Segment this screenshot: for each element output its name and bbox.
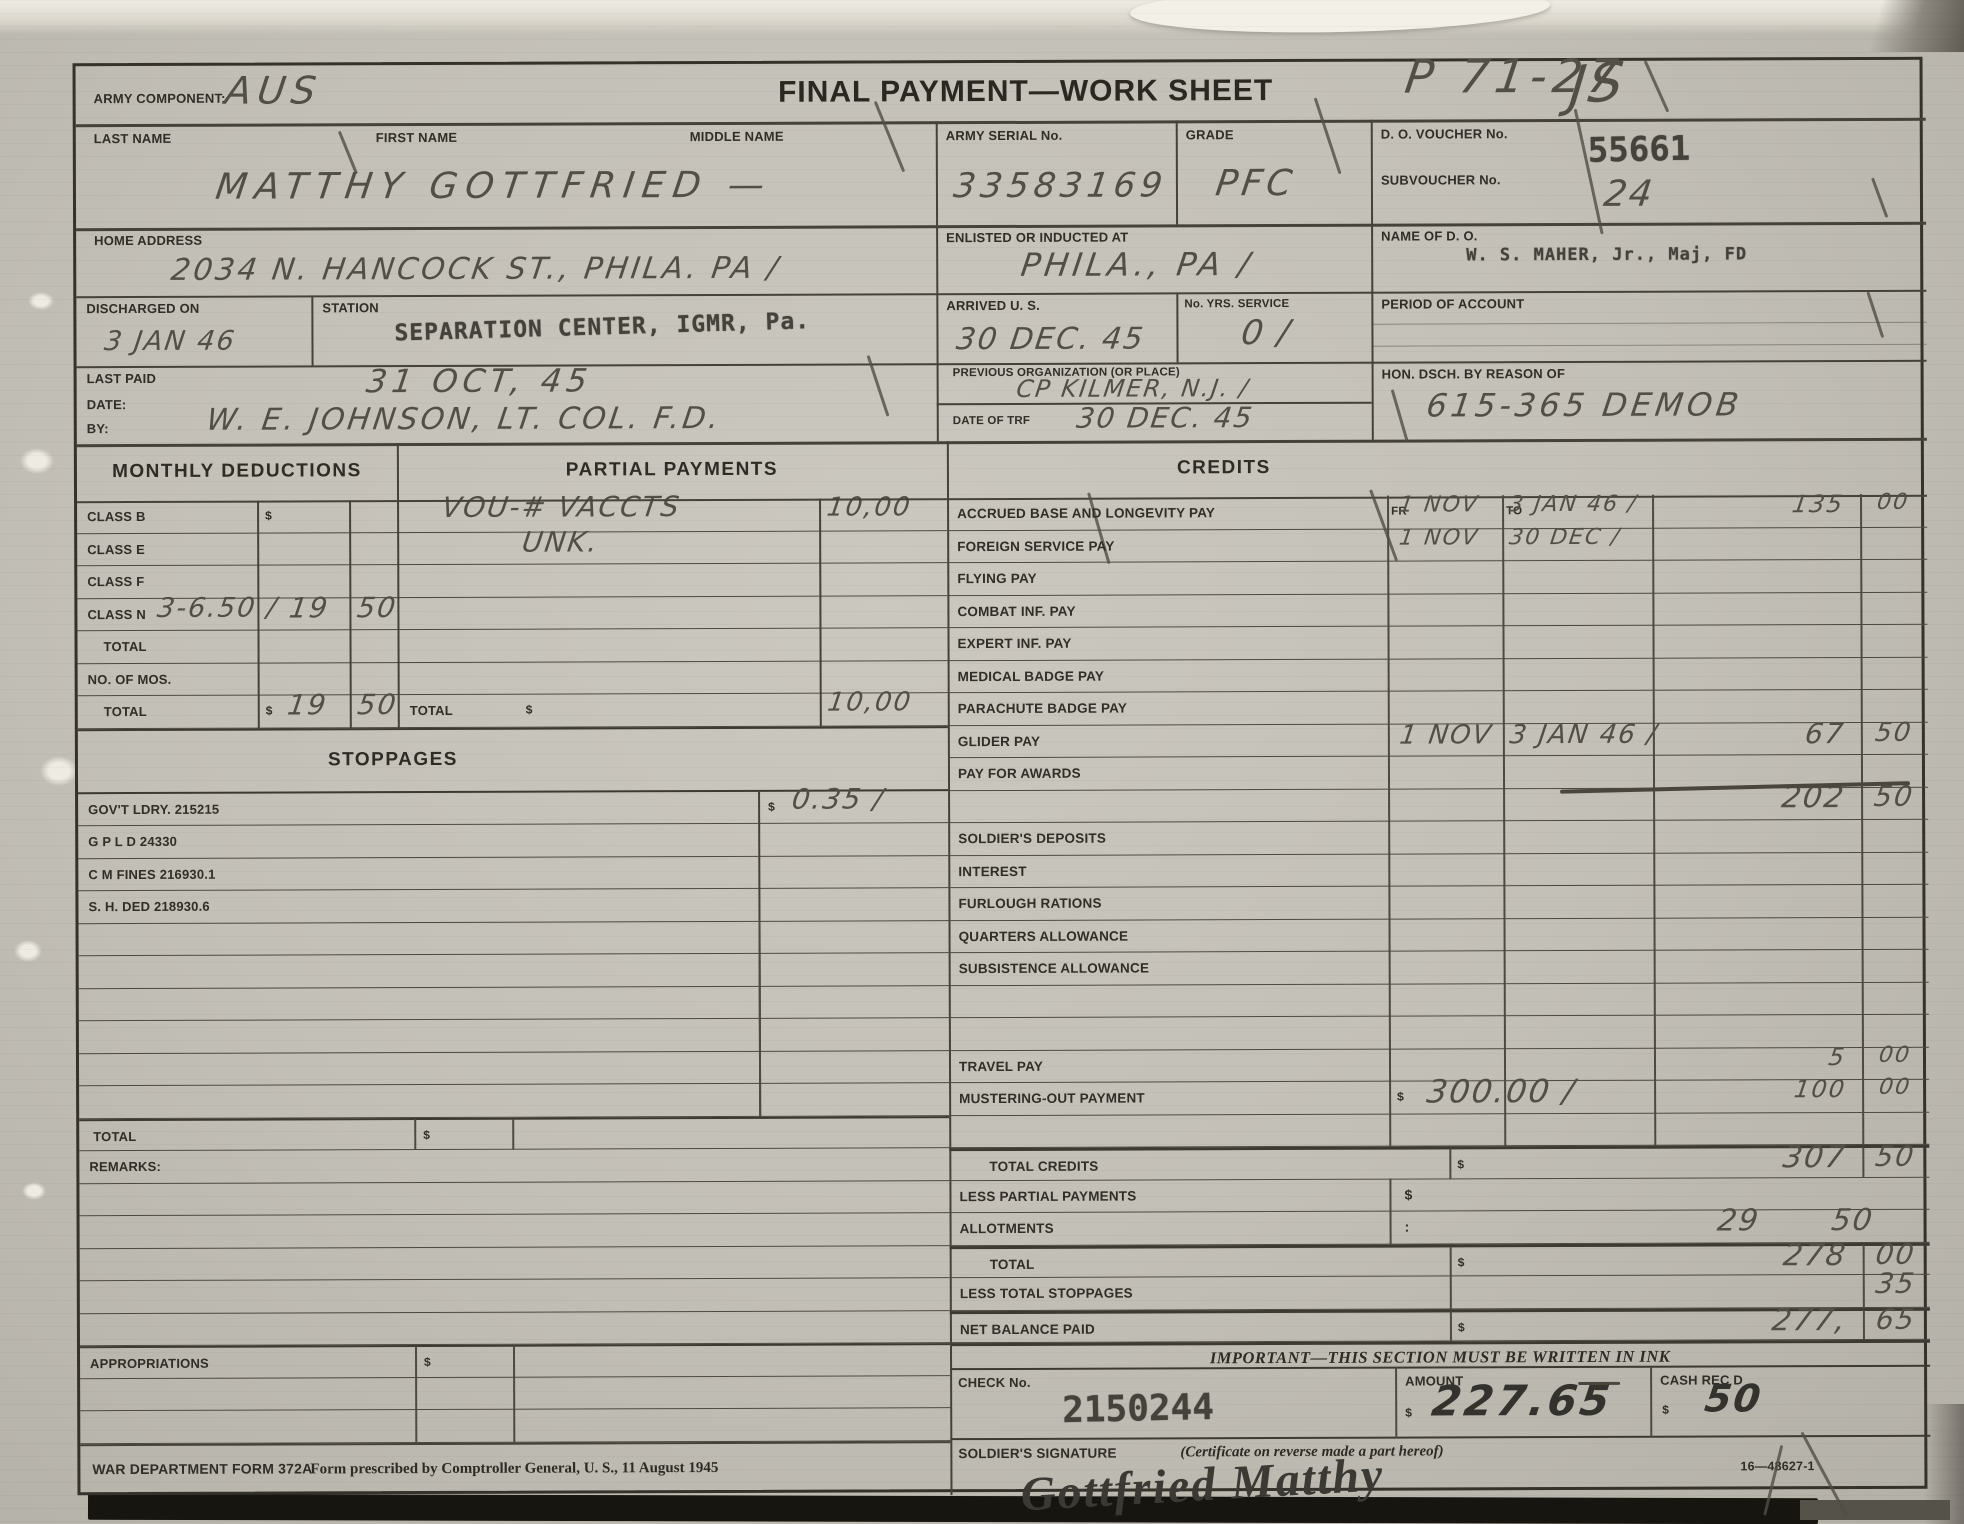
last-name-label: LAST NAME <box>94 132 172 147</box>
deduction-row: CLASS N 3-6.50 / 19 50 <box>77 596 947 632</box>
cell-divider <box>1450 1311 1452 1342</box>
ruled-line <box>1374 344 1927 347</box>
blank-ruled-row <box>79 953 949 989</box>
enlisted-at-label: ENLISTED OR INDUCTED AT <box>946 231 1128 246</box>
check-mark <box>1574 109 1604 235</box>
cell-divider <box>1862 1111 1864 1145</box>
credit-row: SOLDIER'S DEPOSITS <box>948 820 1928 856</box>
rule <box>1176 292 1178 362</box>
cell-divider <box>1389 983 1391 1017</box>
serial-label: ARMY SERIAL No. <box>946 129 1063 144</box>
credit-to-date: 3 JAN 46 / <box>1508 494 1639 516</box>
stoppage-amount: 0.35 / <box>790 785 887 813</box>
scan-bottom-bar <box>1800 1500 1950 1520</box>
dollar-sign: $ <box>424 1356 431 1369</box>
cell-divider <box>1450 1246 1452 1277</box>
dollar-sign: $ <box>265 510 272 523</box>
dollar-sign: $ <box>1397 1091 1404 1104</box>
dollar-sign: $ <box>423 1128 430 1141</box>
dollar-sign: $ <box>768 800 775 813</box>
check-mark <box>1866 291 1884 338</box>
rule <box>936 225 939 441</box>
cell-divider <box>1387 561 1389 595</box>
credit-row-label: TRAVEL PAY <box>959 1059 1043 1074</box>
cash-recd-value: 50 <box>1703 1379 1765 1417</box>
credit-from-date: 1 NOV <box>1398 722 1494 748</box>
credit-row-label: TOTAL CREDITS <box>989 1160 1098 1175</box>
cell-divider <box>513 1409 515 1443</box>
deduction-dollars: 19 <box>287 594 330 622</box>
cell-divider <box>1504 1113 1506 1147</box>
credit-dollars: 29 <box>1716 1206 1762 1236</box>
hon-disch-label: HON. DSCH. BY REASON OF <box>1382 367 1566 382</box>
final-payment-worksheet-form: ARMY COMPONENT: AUS FINAL PAYMENT—WORK S… <box>73 57 1928 1495</box>
cell-divider <box>1653 852 1655 886</box>
rule <box>77 438 1927 447</box>
stoppage-label: S. H. DED 218930.6 <box>88 900 209 915</box>
credit-row-label: TOTAL <box>990 1257 1035 1272</box>
rule <box>1371 120 1374 440</box>
amount-value: 227.65 <box>1429 1380 1615 1423</box>
last-paid-label: LAST PAID <box>87 372 157 387</box>
cell-divider <box>1653 917 1655 951</box>
examiner-initials: JS <box>1567 54 1628 114</box>
paper-stain <box>22 1182 46 1200</box>
prev-org-value: CP KILMER, N.J. / <box>1015 376 1251 401</box>
credit-row-label: FURLOUGH RATIONS <box>958 897 1101 912</box>
arrived-us-label: ARRIVED U. S. <box>946 299 1040 314</box>
paper-tear-edge <box>0 0 1964 34</box>
cell-divider <box>415 1377 417 1411</box>
cell-divider <box>1504 950 1506 984</box>
blank-ruled-row <box>79 1181 949 1217</box>
credit-cents: 50 <box>1862 719 1926 745</box>
cell-divider <box>1861 884 1863 918</box>
credit-row-label: PARACHUTE BADGE PAY <box>958 702 1127 717</box>
blank-ruled-row <box>79 1051 949 1087</box>
cell-divider <box>1502 593 1504 627</box>
credit-row-label: FOREIGN SERVICE PAY <box>957 539 1114 554</box>
credit-dollars: 278 <box>1653 1241 1857 1272</box>
partial-payment-entry: VOU-# VACCTS <box>440 493 682 522</box>
last-paid-by-value: W. E. JOHNSON, LT. COL. F.D. <box>205 404 723 436</box>
cell-divider <box>1387 496 1389 530</box>
cell-divider <box>1860 559 1862 593</box>
cell-divider <box>1502 560 1504 594</box>
dollar-sign: $ <box>266 705 273 718</box>
cell-divider <box>1388 691 1390 725</box>
check-mark <box>1391 389 1409 442</box>
cell-divider <box>1862 1014 1864 1048</box>
deduction-label: CLASS F <box>87 575 144 589</box>
remarks-label: REMARKS: <box>89 1160 161 1175</box>
footer-form-number: WAR DEPARTMENT FORM 372A <box>92 1461 312 1477</box>
credit-row: MUSTERING-OUT PAYMENT$300.00 /10000 <box>949 1080 1929 1116</box>
blank-ruled-row <box>80 1213 950 1249</box>
ink-banner: IMPORTANT—THIS SECTION MUST BE WRITTEN I… <box>950 1340 1930 1370</box>
stoppage-row: G P L D 24330 <box>78 823 948 859</box>
credit-row <box>949 982 1929 1018</box>
serial-value: 33583169 <box>952 168 1170 203</box>
credit-row: FLYING PAY <box>947 560 1927 596</box>
last-paid-date-label: DATE: <box>87 398 127 412</box>
cell-divider <box>1652 560 1654 594</box>
cell-divider <box>1861 916 1863 950</box>
name-value: MATTHY GOTTFRIED — <box>213 168 774 206</box>
credit-row-label: MUSTERING-OUT PAYMENT <box>959 1091 1145 1106</box>
blank-ruled-row <box>80 1408 950 1444</box>
cell-divider <box>1862 981 1864 1015</box>
arrived-us-value: 30 DEC. 45 <box>954 324 1146 355</box>
cell-divider <box>759 985 761 1019</box>
cell-divider <box>1860 591 1862 625</box>
stoppage-row: S. H. DED 218930.6 <box>78 888 948 924</box>
cell-divider <box>759 920 761 954</box>
credit-cents: 35 <box>1864 1270 1928 1298</box>
cell-divider <box>1503 723 1505 757</box>
cell-divider <box>1503 853 1505 887</box>
credit-row-label: ALLOTMENTS <box>960 1222 1054 1237</box>
cell-divider <box>1654 1015 1656 1049</box>
credit-row: FURLOUGH RATIONS <box>948 885 1928 921</box>
cell-divider <box>1652 625 1654 659</box>
grade-value: PFC <box>1213 166 1297 202</box>
credit-cents: 00 <box>1864 1077 1927 1099</box>
appropriations-row: APPROPRIATIONS $ <box>80 1343 950 1379</box>
credit-cents: 00 <box>1863 1044 1926 1066</box>
credit-row: LESS PARTIAL PAYMENTS$ <box>949 1177 1929 1213</box>
cell-divider <box>512 1118 514 1150</box>
deduction-total-cents: 50 <box>356 691 399 719</box>
discharged-on-label: DISCHARGED ON <box>86 302 199 317</box>
credit-row-label: SUBSISTENCE ALLOWANCE <box>959 961 1150 977</box>
credit-dollars: 307 <box>1652 1143 1856 1174</box>
credit-row-label: QUARTERS ALLOWANCE <box>959 929 1129 944</box>
deduction-label: CLASS N <box>87 607 146 622</box>
cell-divider <box>1387 528 1389 562</box>
cell-divider <box>1653 690 1655 724</box>
credit-cents: 00 <box>1862 492 1925 514</box>
last-paid-by-label: BY: <box>87 422 109 436</box>
army-component-label: ARMY COMPONENT: <box>94 92 226 107</box>
credit-row-label: NET BALANCE PAID <box>960 1322 1095 1337</box>
scanned-document: ARMY COMPONENT: AUS FINAL PAYMENT—WORK S… <box>0 0 1964 1524</box>
credit-row: GLIDER PAY1 NOV3 JAN 46 /6750 <box>948 722 1928 758</box>
army-component-value: AUS <box>223 71 324 109</box>
paper-stain <box>28 292 54 310</box>
check-mark <box>1314 97 1342 174</box>
deduction-row: CLASS B $ VOU-# VACCTS 10,00 <box>77 498 947 534</box>
credit-row: 20250 <box>948 787 1928 823</box>
credit-dollars: 67 <box>1651 720 1855 749</box>
cell-divider <box>759 1018 761 1052</box>
stoppage-label: GOV'T LDRY. 215215 <box>88 802 219 817</box>
voucher-label: D. O. VOUCHER No. <box>1381 127 1508 142</box>
cell-divider <box>1652 592 1654 626</box>
credit-row-label: PAY FOR AWARDS <box>958 767 1081 782</box>
cell-divider <box>1861 656 1863 690</box>
dollar-sign: $ <box>1405 1407 1412 1420</box>
cell-divider <box>1861 851 1863 885</box>
credit-row: SUBSISTENCE ALLOWANCE <box>949 950 1929 986</box>
credit-row: FOREIGN SERVICE PAY1 NOV30 DEC / <box>947 527 1927 563</box>
cell-divider <box>1389 1178 1391 1212</box>
deduction-row: CLASS E UNK. <box>77 531 947 567</box>
cell-divider <box>1654 1112 1656 1146</box>
credit-dollars: 5 <box>1652 1045 1855 1070</box>
cell-divider <box>1504 1015 1506 1049</box>
cell-divider <box>1389 1048 1391 1082</box>
credit-dollars: 100 <box>1652 1077 1855 1102</box>
first-name-label: FIRST NAME <box>376 131 458 146</box>
stoppage-row: C M FINES 216930.1 <box>78 856 948 892</box>
do-name-label: NAME OF D. O. <box>1381 229 1478 244</box>
date-of-trf-value: 30 DEC. 45 <box>1075 404 1256 433</box>
credit-from-date: 1 NOV <box>1398 527 1481 549</box>
middle-name-label: MIDDLE NAME <box>690 130 784 145</box>
cell-divider <box>414 1119 416 1151</box>
dollar-sign: $ <box>1458 1256 1465 1269</box>
cell-divider <box>1861 689 1863 723</box>
credit-row-label: ACCRUED BASE AND LONGEVITY PAY <box>957 506 1215 522</box>
footer-prescription: Form prescribed by Comptroller General, … <box>310 1460 718 1478</box>
cell-divider <box>1387 626 1389 660</box>
cell-divider <box>1502 495 1504 529</box>
dollar-sign: $ <box>1458 1321 1465 1334</box>
cell-divider <box>1650 1367 1652 1437</box>
cell-divider <box>1862 949 1864 983</box>
dollar-sign: $ <box>1457 1158 1464 1171</box>
cell-divider <box>759 1050 761 1084</box>
pen-stroke <box>1578 1382 1620 1385</box>
blank-ruled-row <box>80 1246 950 1282</box>
cell-divider <box>1503 658 1505 692</box>
deduction-total-row: TOTAL $ 19 50 TOTAL $ 10,00 <box>78 693 948 729</box>
credit-row: EXPERT INF. PAY <box>947 625 1927 661</box>
credit-from-date: 1 NOV <box>1398 494 1481 516</box>
cell-divider <box>1388 886 1390 920</box>
rule <box>936 121 938 225</box>
remarks-row: REMARKS: <box>79 1148 949 1184</box>
cell-divider <box>1503 755 1505 789</box>
period-of-account-label: PERIOD OF ACCOUNT <box>1381 297 1524 312</box>
blank-ruled-row <box>80 1311 950 1347</box>
cell-divider <box>1388 756 1390 790</box>
cell-divider <box>1503 788 1505 822</box>
deduction-row: NO. OF MOS. <box>78 661 948 697</box>
cell-divider <box>1450 1275 1452 1309</box>
cell-divider <box>1390 1211 1392 1245</box>
yrs-service-label: No. YRS. SERVICE <box>1184 298 1289 311</box>
credit-row-label: GLIDER PAY <box>958 734 1040 749</box>
dollar-sign: $ <box>1404 1187 1412 1202</box>
credit-row: TOTAL$27800 <box>950 1242 1930 1278</box>
rule <box>1176 120 1178 224</box>
credit-row: NET BALANCE PAID$277,65 <box>950 1307 1930 1343</box>
dollar-sign: $ <box>526 704 533 717</box>
cell-divider <box>1503 918 1505 952</box>
credit-row-label: INTEREST <box>958 864 1026 879</box>
cell-divider <box>1389 1113 1391 1147</box>
stoppage-row: GOV'T LDRY. 215215 $ 0.35 / <box>78 791 948 827</box>
home-address-label: HOME ADDRESS <box>94 234 202 249</box>
credit-cents: 50 <box>1862 782 1926 810</box>
credit-row-label: LESS TOTAL STOPPAGES <box>960 1287 1133 1302</box>
paper-stain <box>40 756 78 786</box>
do-name-value: W. S. MAHER, Jr., Maj, FD <box>1466 246 1747 264</box>
stoppage-label: G P L D 24330 <box>88 835 177 850</box>
credit-dollars: 135 <box>1650 492 1853 517</box>
cell-divider <box>1389 951 1391 985</box>
ink-check-row: CHECK No. 2150244 AMOUNT $ 227.65 CASH R… <box>950 1367 1930 1440</box>
credit-row-label: FLYING PAY <box>957 572 1037 587</box>
cell-divider <box>1387 593 1389 627</box>
credit-row: MEDICAL BADGE PAY <box>948 657 1928 693</box>
cell-divider <box>1861 819 1863 853</box>
cell-divider <box>1860 624 1862 658</box>
subvoucher-label: SUBVOUCHER No. <box>1381 173 1501 188</box>
cell-divider <box>1395 1368 1397 1438</box>
discharged-on-value: 3 JAN 46 <box>103 328 238 355</box>
appropriations-label: APPROPRIATIONS <box>90 1357 209 1372</box>
credit-row: INTEREST <box>948 852 1928 888</box>
credit-cents: 65 <box>1864 1305 1928 1333</box>
signature-label: SOLDIER'S SIGNATURE <box>958 1447 1116 1462</box>
cell-divider <box>1389 1081 1391 1115</box>
credit-row-label: LESS PARTIAL PAYMENTS <box>959 1189 1136 1204</box>
cell-divider <box>1388 658 1390 692</box>
paper-stain <box>20 448 54 474</box>
scan-corner-shadow <box>1804 0 1964 52</box>
cell-divider <box>1388 918 1390 952</box>
dollar-sign: $ <box>1662 1404 1669 1417</box>
check-mark <box>1871 177 1888 217</box>
yrs-service-value: 0 / <box>1239 316 1294 350</box>
deduction-label: TOTAL <box>104 640 147 654</box>
deduction-label: NO. OF MOS. <box>88 672 172 687</box>
credit-mid-amount: 300.00 / <box>1425 1075 1578 1108</box>
check-mark <box>1644 60 1670 112</box>
ink-banner-text: IMPORTANT—THIS SECTION MUST BE WRITTEN I… <box>1210 1347 1671 1368</box>
blank-ruled-row <box>80 1376 950 1412</box>
deduction-total-label: TOTAL <box>104 705 147 719</box>
credit-cents: 50 <box>1863 1143 1927 1171</box>
credit-row-label: EXPERT INF. PAY <box>958 637 1072 652</box>
cell-divider <box>1654 950 1656 984</box>
credit-to-date: 30 DEC / <box>1508 526 1623 548</box>
cell-divider <box>1503 820 1505 854</box>
deduction-cents: 50 <box>355 594 398 622</box>
blank-ruled-row <box>79 986 949 1022</box>
enlisted-at-value: PHILA., PA / <box>1019 248 1256 281</box>
credit-row: QUARTERS ALLOWANCE <box>949 917 1929 953</box>
credit-row-label: COMBAT INF. PAY <box>957 604 1075 619</box>
left-total-row: TOTAL $ <box>79 1116 949 1152</box>
rule <box>76 290 1926 298</box>
rule <box>311 295 313 365</box>
blank-ruled-row <box>80 1278 950 1314</box>
cell-divider <box>1389 1016 1391 1050</box>
stoppage-label: C M FINES 216930.1 <box>88 867 215 882</box>
credit-row: TOTAL CREDITS$30750 <box>949 1145 1929 1181</box>
cell-divider <box>1652 527 1654 561</box>
paper-stain <box>14 940 42 962</box>
cell-divider <box>1502 625 1504 659</box>
check-no-value: 2150244 <box>1062 1390 1214 1429</box>
blank-ruled-row <box>79 1083 949 1119</box>
cell-divider <box>1503 690 1505 724</box>
home-address-value: 2034 N. HANCOCK ST., PHILA. PA / <box>169 254 782 286</box>
stoppages-title: STOPPAGES <box>328 749 458 768</box>
deduction-label: CLASS B <box>87 510 146 525</box>
partial-payments-title: PARTIAL PAYMENTS <box>397 459 947 480</box>
cell-divider <box>759 1083 761 1117</box>
credit-cents: 00 <box>1864 1240 1928 1268</box>
cell-divider <box>1653 820 1655 854</box>
rule <box>76 118 1926 127</box>
cell-divider <box>1502 528 1504 562</box>
last-paid-date-value: 31 OCT, 45 <box>364 364 594 397</box>
date-of-trf-label: DATE OF TRF <box>953 415 1030 428</box>
check-mark <box>874 101 905 172</box>
cell-divider <box>513 1346 515 1378</box>
cell-divider <box>1503 885 1505 919</box>
deduction-row: TOTAL <box>77 628 947 664</box>
cell-divider <box>1388 788 1390 822</box>
cell-divider <box>1654 982 1656 1016</box>
check-no-label: CHECK No. <box>958 1376 1031 1391</box>
credit-to-date: 3 JAN 46 / <box>1508 721 1660 748</box>
credits-title: CREDITS <box>1177 458 1271 477</box>
cell-divider <box>1653 657 1655 691</box>
form-title: FINAL PAYMENT—WORK SHEET <box>676 74 1376 110</box>
subvoucher-value: 24 <box>1602 177 1657 213</box>
cell-divider <box>1653 885 1655 919</box>
partial-total-amount: 10,00 <box>826 689 914 715</box>
cell-divider <box>513 1376 515 1410</box>
deduction-total-dollars: 19 <box>286 691 329 719</box>
cell-divider <box>1388 723 1390 757</box>
blank-ruled-row <box>79 1018 949 1054</box>
cell-divider <box>759 953 761 987</box>
credit-dollars: 277, <box>1653 1306 1857 1337</box>
cell-divider <box>1388 821 1390 855</box>
credit-row-label: SOLDIER'S DEPOSITS <box>958 832 1106 847</box>
station-label: STATION <box>322 301 379 315</box>
cell-divider <box>415 1346 417 1378</box>
scan-bottom-bar <box>88 1494 1818 1524</box>
left-total-label: TOTAL <box>93 1130 136 1144</box>
station-value: SEPARATION CENTER, IGMR, Pa. <box>394 310 810 345</box>
credit-row: COMBAT INF. PAY <box>947 592 1927 628</box>
cell-divider <box>415 1409 417 1443</box>
ruled-line <box>1373 322 1926 325</box>
partial-total-label: TOTAL <box>410 704 453 718</box>
grade-label: GRADE <box>1186 128 1234 142</box>
cell-divider <box>1388 853 1390 887</box>
cell-divider <box>1860 526 1862 560</box>
deduction-label: CLASS E <box>87 542 145 556</box>
blank-ruled-row <box>79 921 949 957</box>
dollar-sign: : <box>1405 1220 1410 1235</box>
deduction-note: 3-6.50 / <box>156 594 280 621</box>
partial-payment-entry: UNK. <box>520 528 601 556</box>
credit-row-label: MEDICAL BADGE PAY <box>958 669 1104 684</box>
deductions-title: MONTHLY DEDUCTIONS <box>77 461 397 481</box>
hon-disch-value: 615-365 DEMOB <box>1425 388 1745 421</box>
cell-divider <box>1449 1148 1451 1179</box>
cell-divider <box>1504 983 1506 1017</box>
